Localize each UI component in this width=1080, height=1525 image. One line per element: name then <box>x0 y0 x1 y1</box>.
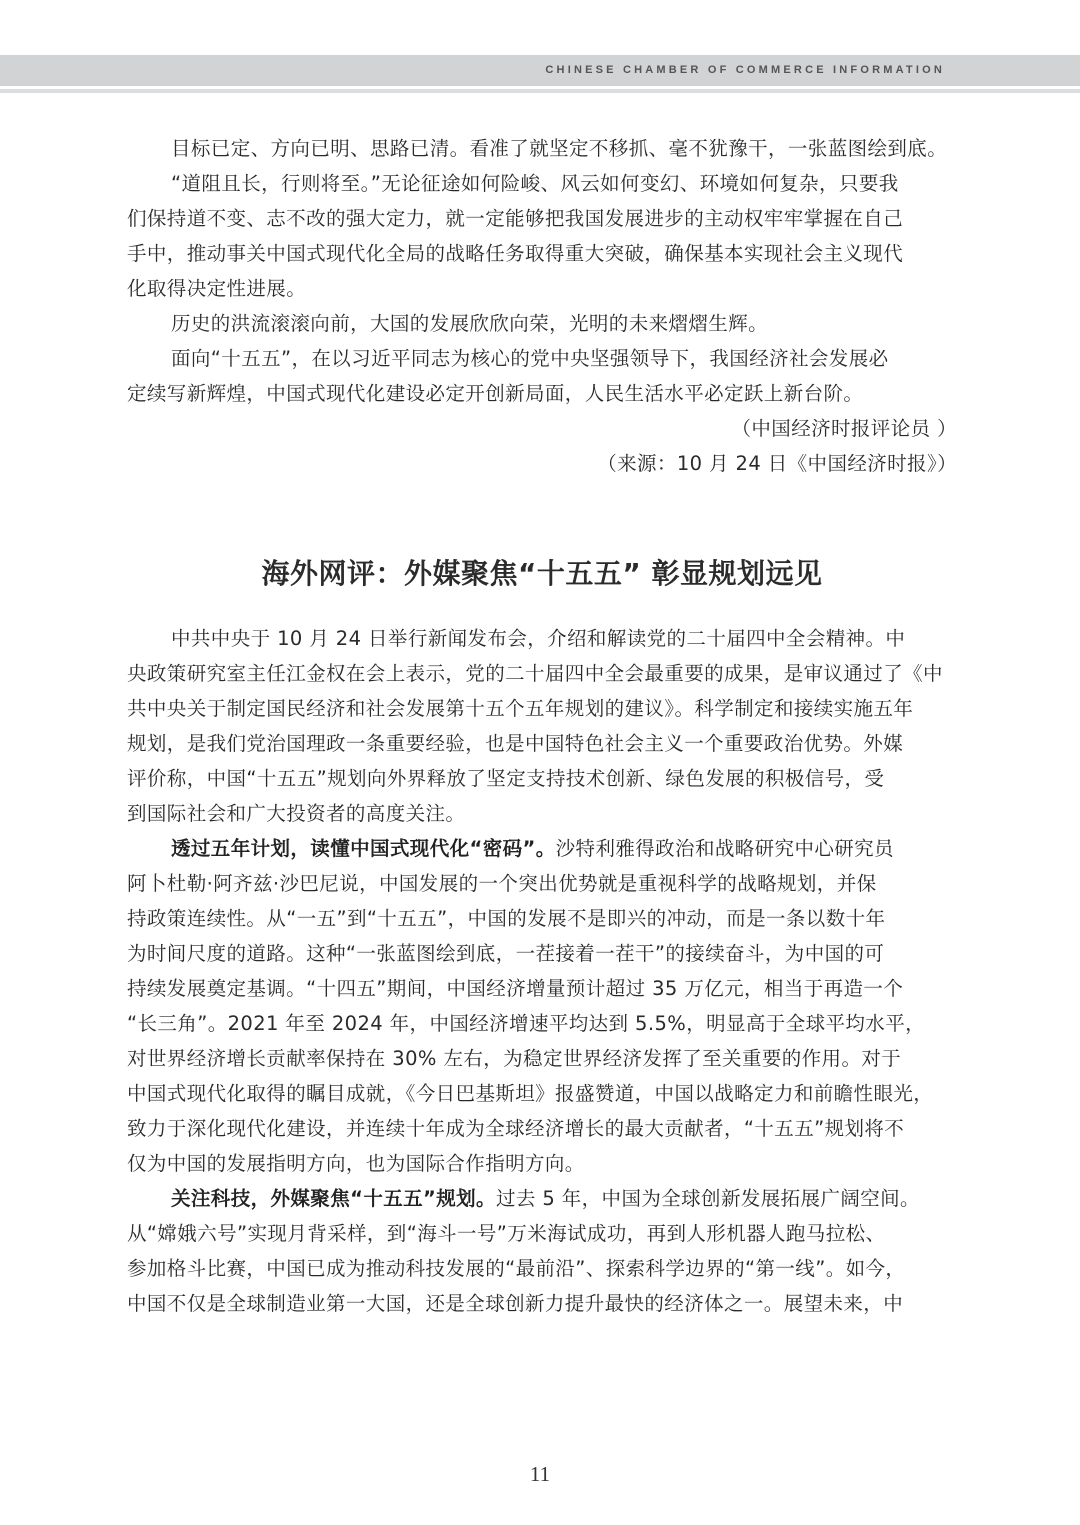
paragraph-line: 央政策研究室主任江金权在会上表示，党的二十届四中全会最重要的成果，是审议通过了《… <box>127 656 957 691</box>
paragraph-line: 关注科技，外媒聚焦“十五五”规划。过去 5 年，中国为全球创新发展拓展广阔空间。 <box>127 1181 957 1216</box>
article-paragraph-3: 关注科技，外媒聚焦“十五五”规划。过去 5 年，中国为全球创新发展拓展广阔空间。… <box>127 1181 957 1321</box>
paragraph-line: 历史的洪流滚滚向前，大国的发展欣欣向荣，光明的未来熠熠生辉。 <box>127 306 957 341</box>
paragraph-line: 中国不仅是全球制造业第一大国，还是全球创新力提升最快的经济体之一。展望未来，中 <box>127 1286 957 1321</box>
paragraph-line: “长三角”。2021 年至 2024 年，中国经济增速平均达到 5.5%，明显高… <box>127 1006 957 1041</box>
page-number: 11 <box>0 1462 1080 1487</box>
paragraph-line: 评价称，中国“十五五”规划向外界释放了坚定支持技术创新、绿色发展的积极信号，受 <box>127 761 957 796</box>
paragraph-line: 手中，推动事关中国式现代化全局的战略任务取得重大突破，确保基本实现社会主义现代 <box>127 236 957 271</box>
paragraph-line: 致力于深化现代化建设，并连续十年成为全球经济增长的最大贡献者，“十五五”规划将不 <box>127 1111 957 1146</box>
paragraph-line: 持政策连续性。从“一五”到“十五五”，中国的发展不是即兴的冲动，而是一条以数十年 <box>127 901 957 936</box>
paragraph-line: 面向“十五五”，在以习近平同志为核心的党中央坚强领导下，我国经济社会发展必 <box>127 341 957 376</box>
paragraph-line: 为时间尺度的道路。这种“一张蓝图绘到底，一茬接着一茬干”的接续奋斗，为中国的可 <box>127 936 957 971</box>
source-credit: （来源：10 月 24 日《中国经济时报》） <box>127 446 957 481</box>
paragraph-line: “道阻且长，行则将至。”无论征途如何险峻、风云如何变幻、环境如何复杂，只要我 <box>127 166 957 201</box>
paragraph-line: 到国际社会和广大投资者的高度关注。 <box>127 796 957 831</box>
paragraph-line: 中国式现代化取得的瞩目成就，《今日巴基斯坦》报盛赞道，中国以战略定力和前瞻性眼光… <box>127 1076 957 1111</box>
article-paragraph-1: 中共中央于 10 月 24 日举行新闻发布会，介绍和解读党的二十届四中全会精神。… <box>127 621 957 831</box>
author-credit: （中国经济时报评论员 ） <box>127 411 957 446</box>
page-content: 目标已定、方向已明、思路已清。看准了就坚定不移抓、毫不犹豫干，一张蓝图绘到底。 … <box>127 131 957 1321</box>
header-divider <box>0 89 1080 93</box>
paragraph-line: 目标已定、方向已明、思路已清。看准了就坚定不移抓、毫不犹豫干，一张蓝图绘到底。 <box>127 131 957 166</box>
paragraph-lead-heading: 关注科技，外媒聚焦“十五五”规划。 <box>171 1187 496 1210</box>
paragraph-text: 过去 5 年，中国为全球创新发展拓展广阔空间。 <box>496 1187 920 1210</box>
paragraph-line: 透过五年计划，读懂中国式现代化“密码”。沙特利雅得政治和战略研究中心研究员 <box>127 831 957 866</box>
paragraph-line: 共中央关于制定国民经济和社会发展第十五个五年规划的建议》。科学制定和接续实施五年 <box>127 691 957 726</box>
paragraph-line: 化取得决定性进展。 <box>127 271 957 306</box>
paragraph-line: 阿卜杜勒·阿齐兹·沙巴尼说，中国发展的一个突出优势就是重视科学的战略规划，并保 <box>127 866 957 901</box>
paragraph-line: 参加格斗比赛，中国已成为推动科技发展的“最前沿”、探索科学边界的“第一线”。如今… <box>127 1251 957 1286</box>
paragraph-line: 们保持道不变、志不改的强大定力，就一定能够把我国发展进步的主动权牢牢掌握在自己 <box>127 201 957 236</box>
paragraph-lead-heading: 透过五年计划，读懂中国式现代化“密码”。 <box>171 837 556 860</box>
paragraph-line: 规划，是我们党治国理政一条重要经验，也是中国特色社会主义一个重要政治优势。外媒 <box>127 726 957 761</box>
paragraph-line: 持续发展奠定基调。“十四五”期间，中国经济增量预计超过 35 万亿元，相当于再造… <box>127 971 957 1006</box>
paragraph-line: 从“嫦娥六号”实现月背采样，到“海斗一号”万米海试成功，再到人形机器人跑马拉松、 <box>127 1216 957 1251</box>
publication-name: CHINESE CHAMBER OF COMMERCE INFORMATION <box>545 64 945 76</box>
paragraph-line: 定续写新辉煌，中国式现代化建设必定开创新局面，人民生活水平必定跃上新台阶。 <box>127 376 957 411</box>
paragraph-line: 中共中央于 10 月 24 日举行新闻发布会，介绍和解读党的二十届四中全会精神。… <box>127 621 957 656</box>
paragraph-line: 对世界经济增长贡献率保持在 30% 左右，为稳定世界经济发挥了至关重要的作用。对… <box>127 1041 957 1076</box>
paragraph-line: 仅为中国的发展指明方向，也为国际合作指明方向。 <box>127 1146 957 1181</box>
previous-article-ending: 目标已定、方向已明、思路已清。看准了就坚定不移抓、毫不犹豫干，一张蓝图绘到底。 … <box>127 131 957 481</box>
article-title: 海外网评：外媒聚焦“十五五” 彰显规划远见 <box>127 544 957 604</box>
paragraph-text: 沙特利雅得政治和战略研究中心研究员 <box>556 837 894 860</box>
article-paragraph-2: 透过五年计划，读懂中国式现代化“密码”。沙特利雅得政治和战略研究中心研究员 阿卜… <box>127 831 957 1181</box>
